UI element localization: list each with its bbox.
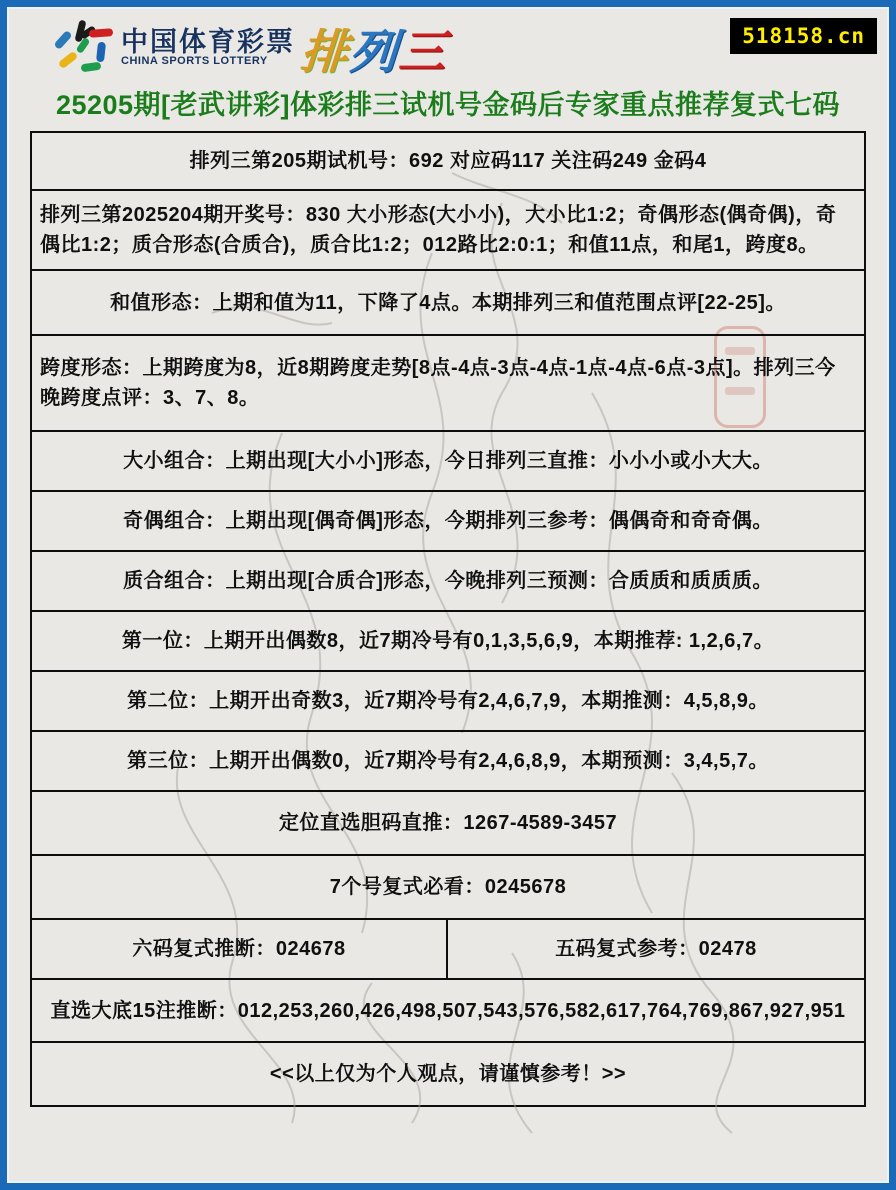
row-dingwei-danma: 定位直选胆码直推：1267-4589-3457 xyxy=(32,792,864,856)
forecast-table: 排列三第205期试机号：692 对应码117 关注码249 金码4 排列三第20… xyxy=(30,131,866,1107)
sports-lottery-pinwheel-icon xyxy=(53,20,111,76)
row-fushi-split: 六码复式推断：024678 五码复式参考：02478 xyxy=(32,920,864,980)
row-qiou: 奇偶组合：上期出现[偶奇偶]形态，今期排列三参考：偶偶奇和奇奇偶。 xyxy=(32,492,864,552)
row-kaijianghao: 排列三第2025204期开奖号：830 大小形态(大小小)，大小比1:2；奇偶形… xyxy=(32,191,864,271)
site-url-badge: 518158.cn xyxy=(730,18,877,54)
row-dierwei: 第二位：上期开出奇数3，近7期冷号有2,4,6,7,9，本期推测：4,5,8,9… xyxy=(32,672,864,732)
row-disclaimer: <<以上仅为个人观点，请谨慎参考！>> xyxy=(32,1043,864,1105)
game-name-pailiesan: 排列三 xyxy=(299,15,451,82)
brand-name-en: CHINA SPORTS LOTTERY xyxy=(121,56,295,68)
brand-name-cn: 中国体育彩票 xyxy=(121,28,295,56)
row-daxiao: 大小组合：上期出现[大小小]形态，今日排列三直推：小小小或小大大。 xyxy=(32,432,864,492)
row-hezhi: 和值形态：上期和值为11，下降了4点。本期排列三和值范围点评[22-25]。 xyxy=(32,271,864,336)
page-header: 中国体育彩票 CHINA SPORTS LOTTERY 排列三 518158.c… xyxy=(7,7,889,127)
page-title: 25205期[老武讲彩]体彩排三试机号金码后专家重点推荐复式七码 xyxy=(7,83,889,122)
row-shijihao: 排列三第205期试机号：692 对应码117 关注码249 金码4 xyxy=(32,133,864,191)
cell-fushi-6: 六码复式推断：024678 xyxy=(32,920,448,978)
row-fushi-7: 7个号复式必看：0245678 xyxy=(32,856,864,920)
row-zhixuan-dadi: 直选大底15注推断：012,253,260,426,498,507,543,57… xyxy=(32,980,864,1043)
game-char-2: 列 xyxy=(348,25,401,78)
row-zhihe: 质合组合：上期出现[合质合]形态，今晚排列三预测：合质质和质质质。 xyxy=(32,552,864,612)
cell-fushi-5: 五码复式参考：02478 xyxy=(448,920,864,978)
game-char-1: 排 xyxy=(299,25,352,78)
row-disanwei: 第三位：上期开出偶数0，近7期冷号有2,4,6,8,9，本期预测：3,4,5,7… xyxy=(32,732,864,792)
game-char-3: 三 xyxy=(397,25,450,78)
row-diyiwei: 第一位：上期开出偶数8，近7期冷号有0,1,3,5,6,9，本期推荐: 1,2,… xyxy=(32,612,864,672)
row-kuadu: 跨度形态：上期跨度为8，近8期跨度走势[8点-4点-3点-4点-1点-4点-6点… xyxy=(32,336,864,432)
lottery-forecast-page: 中国体育彩票 CHINA SPORTS LOTTERY 排列三 518158.c… xyxy=(0,0,896,1190)
brand-text: 中国体育彩票 CHINA SPORTS LOTTERY xyxy=(121,28,295,68)
